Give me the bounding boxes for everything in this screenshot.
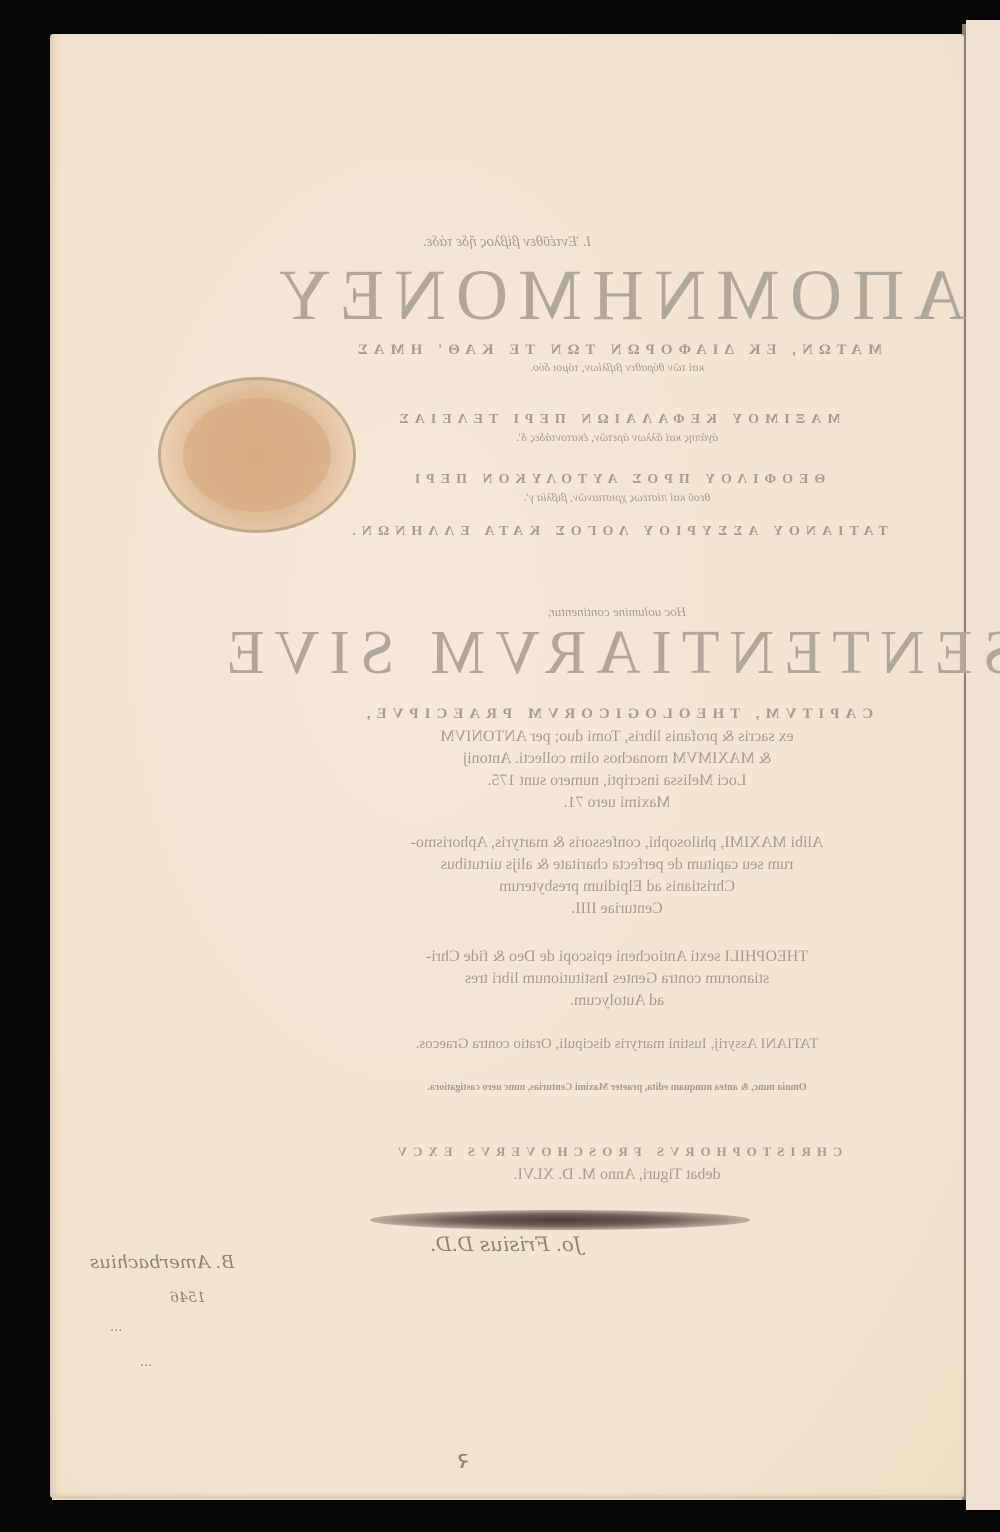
bleed-line-20: stianorum contra Gentes Institutionum li… [160, 970, 1000, 988]
bleed-line-23: Omnia nunc, & antea nunquam edita, praet… [160, 1082, 1000, 1093]
bleed-line-17: Christianis ad Elpidium presbyterum [160, 878, 1000, 896]
bleed-line-11: ex sacris & profanis libris, Tomi duo; p… [160, 728, 1000, 746]
bleed-line-24: CHRISTOPHORVS FROSCHOVERVS EXCV [160, 1144, 1000, 1160]
handwritten-margin-note-2: 1546 [170, 1290, 206, 1306]
stamp-coat-of-arms [183, 398, 331, 512]
bleed-line-15: Alibi MAXIMI, philosophi, confessoris & … [160, 834, 1000, 852]
handwritten-margin-note-3: ... [110, 1320, 122, 1335]
library-stamp [158, 377, 356, 533]
bleed-line-19: THEOPHILI sexti Antiocheni episcopi de D… [160, 948, 1000, 966]
handwritten-mark: ꝛ [460, 1440, 472, 1476]
bleed-line-12: & MAXIMVM monachos olim collecti. Antoni… [160, 750, 1000, 768]
handwritten-signature: Jo. Frisius D.D. [430, 1232, 582, 1256]
bleed-line-10: CAPITVM, THEOLOGICORVM PRAECIPVE, [160, 706, 1000, 723]
bleed-headline-2: SENTENTIARVM SIVE [160, 618, 1000, 689]
bleed-headline-1: ΑΠΟΜΝΗΜΟΝΕΥ [160, 254, 1000, 337]
handwritten-margin-note-1: B. Amerbachius [90, 1252, 235, 1273]
bleed-line-18: Centuriae IIII. [160, 900, 1000, 918]
bleed-line-22: TATIANI Assyrij, Iustini martyris discip… [160, 1036, 1000, 1053]
title-bleed-through: I. Ἐντέῦθεν βίβλος ἥδε τάδε. ΑΠΟΜΝΗΜΟΝΕΥ… [50, 34, 964, 1498]
bleed-line-14: Maximi uero 71. [160, 794, 1000, 812]
bleed-line-2: ΜΑΤΩΝ, ΕΚ ΔΙΑΦΟΡΩΝ ΤΩΝ ΤΕ ΚΑΘ' ΗΜΑΣ [160, 342, 1000, 359]
ink-smear [370, 1210, 750, 1230]
bleed-line-13: Loci Melissa inscripti, numero sunt 175. [160, 772, 1000, 790]
bleed-line-1: I. Ἐντέῦθεν βίβλος ἥδε τάδε. [50, 234, 964, 251]
bleed-line-25: debat Tiguri, Anno M. D. XLVI. [160, 1166, 1000, 1184]
handwritten-margin-note-4: ... [140, 1355, 152, 1370]
bleed-line-16: rum seu capitum de perfecta charitate & … [160, 856, 1000, 874]
bleed-line-21: ad Autolycum. [160, 992, 1000, 1010]
book-page: I. Ἐντέῦθεν βίβλος ἥδε τάδε. ΑΠΟΜΝΗΜΟΝΕΥ… [50, 34, 964, 1498]
bleed-line-3: καὶ τῶν θύραθεν βιβλίων, τόμοι δύο. [160, 360, 1000, 375]
